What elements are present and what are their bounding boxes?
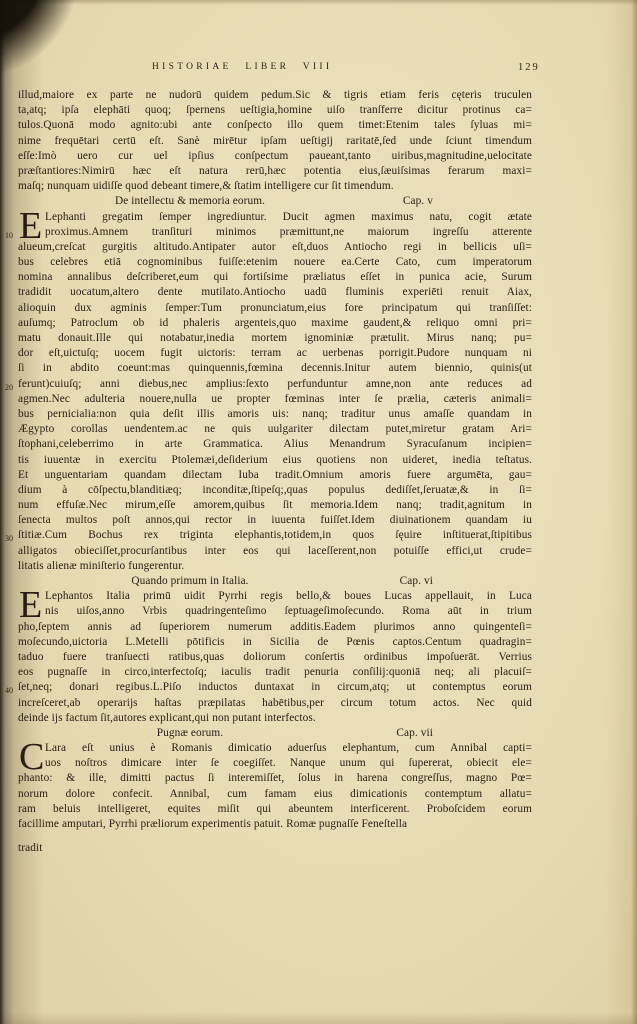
- text-line: CLara eſt unius è Romanis dimicatio adue…: [18, 741, 532, 756]
- line-text: tis iuuentæ in exercitu Ptolemæi,deſider…: [18, 454, 532, 466]
- drop-cap-letter: E: [19, 207, 42, 245]
- line-text: nime frequētari certū eſt. Sanè mirētur …: [18, 135, 532, 147]
- drop-cap-letter: E: [19, 586, 42, 624]
- text-line: bus celebres etiā cognominibus fuiſſe:et…: [18, 255, 532, 270]
- text-line: maſq; nunquam uidiſſe quod debeant timer…: [18, 179, 532, 194]
- text-line: illud,maiore ex parte ne nudorū quidem p…: [18, 88, 532, 103]
- text-line: deinde ijs factum ſit,autores explicant,…: [18, 711, 532, 726]
- line-text: Et unguentariam quandam dilectam Iuba tr…: [18, 469, 532, 481]
- chapter-number: Cap. vi: [400, 574, 433, 589]
- text-line: litatis alienæ miniſterio fungerentur.: [18, 559, 532, 574]
- text-line: phanto: & ille, dimitti pactus ſi intere…: [18, 771, 532, 786]
- line-text: uos noſtros dimicare inter ſe coegiſſet.…: [45, 757, 532, 769]
- text-line: alligatos obieciſſet,procurſantibus inte…: [18, 544, 532, 559]
- running-head: HISTORIAE LIBER VIII 129: [0, 62, 637, 78]
- line-text: tradidit uocatum,altero dente mutilato.A…: [18, 286, 532, 298]
- line-text: moſecundo,uictoria L.Metelli pōtificis i…: [18, 636, 532, 648]
- text-line: nomina annalibus deſcriberet,eum qui for…: [18, 270, 532, 285]
- chapter-heading-text: De intellectu & memoria eorum.: [18, 194, 532, 209]
- chapter-number: Cap. v: [403, 194, 433, 209]
- line-text: Ægypto corollas uendentem.ac ne quis uul…: [18, 423, 532, 435]
- text-line: tradidit uocatum,altero dente mutilato.A…: [18, 285, 532, 300]
- line-text: ſtitiæ.Cum Bochus rex triginta elephanti…: [18, 529, 532, 541]
- text-line: nis uiſos,anno Vrbis quadringenteſimo ſe…: [18, 604, 532, 619]
- margin-line-number: 10: [5, 228, 13, 243]
- text-line: eos pugnaſſe in circo,interfectoſq; iacu…: [18, 665, 532, 680]
- text-line: Et unguentariam quandam dilectam Iuba tr…: [18, 468, 532, 483]
- line-text: increſceret,ab operarijs haſtas præpilat…: [18, 697, 532, 709]
- chapter-heading-text: Quando primum in Italia.: [18, 574, 532, 589]
- text-line: dium à cōſpectu,blanditiæq; inconditæ,ſt…: [18, 483, 532, 498]
- drop-cap-letter: C: [19, 738, 44, 776]
- line-text: ſenecta multos poſt annos,qui rector in …: [18, 514, 532, 526]
- line-text: maſq; nunquam uidiſſe quod debeant timer…: [18, 180, 394, 192]
- line-text: norum dolore confecit. Annibal, cum fama…: [18, 788, 532, 800]
- text-line: eſſe:Imò uero cur uel ipſius conſpectum …: [18, 149, 532, 164]
- text-line: ELephanti gregatim ſemper ingrediuntur. …: [18, 210, 532, 225]
- text-line: ſenecta multos poſt annos,qui rector in …: [18, 513, 532, 528]
- text-line: ta,atq; ipſa elephāti quoq; ſpernens ueſ…: [18, 103, 532, 118]
- line-text: pho,ſeptem annis ad ſuperiorem numerum a…: [18, 621, 532, 633]
- text-line: dor eſt,uictuſq; uocem fugit uictoris: t…: [18, 346, 532, 361]
- text-line: increſceret,ab operarijs haſtas præpilat…: [18, 696, 532, 711]
- line-text: bus pernicialia:non quia deſit illis amo…: [18, 408, 532, 420]
- line-text: alioquin dux agminis ſemper:Tum pronunci…: [18, 302, 532, 314]
- text-line: auſumq; Patroclum ob id phaleris argente…: [18, 316, 532, 331]
- line-text: bus celebres etiā cognominibus fuiſſe:et…: [18, 256, 532, 268]
- chapter-heading: De intellectu & memoria eorum.Cap. v: [18, 194, 532, 209]
- line-text: Lephanti gregatim ſemper ingrediuntur. D…: [45, 211, 532, 223]
- text-line: tulos.Quonā modo agnito:ubi ante conſpec…: [18, 118, 532, 133]
- book-photo: { "colors": { "paper": "#e9ddb7", "ink":…: [0, 0, 637, 1024]
- page-number: 129: [518, 62, 540, 73]
- text-line: Ægypto corollas uendentem.ac ne quis uul…: [18, 422, 532, 437]
- line-text: dium à cōſpectu,blanditiæq; inconditæ,ſt…: [18, 484, 532, 496]
- margin-line-number: 30: [5, 531, 13, 546]
- line-text: proximus.Amnem tranſituri minimos præmit…: [45, 226, 532, 238]
- line-text: illud,maiore ex parte ne nudorū quidem p…: [18, 89, 532, 101]
- running-title: HISTORIAE LIBER VIII: [152, 62, 332, 72]
- text-line: moſecundo,uictoria L.Metelli pōtificis i…: [18, 635, 532, 650]
- chapter-heading: Quando primum in Italia.Cap. vi: [18, 574, 532, 589]
- book-page: HISTORIAE LIBER VIII 129 illud,maiore ex…: [0, 0, 637, 1024]
- line-text: deinde ijs factum ſit,autores explicant,…: [18, 712, 316, 724]
- text-line: 40ſet,neq; donari regibus.L.Piſo inducto…: [18, 680, 532, 695]
- catchword: tradit: [18, 841, 532, 856]
- margin-line-number: 40: [5, 683, 13, 698]
- text-line: ram beluis intelligeret, equites miſit q…: [18, 802, 532, 817]
- line-text: matu donauit.Ille qui notabatur,inedia m…: [18, 332, 532, 344]
- margin-line-number: 20: [5, 380, 13, 395]
- text-line: tis iuuentæ in exercitu Ptolemæi,deſider…: [18, 453, 532, 468]
- line-text: taduo fuere tranſuecti ratibus,quas doli…: [18, 651, 532, 663]
- line-text: alligatos obieciſſet,procurſantibus inte…: [18, 545, 532, 557]
- line-text: Lara eſt unius è Romanis dimicatio aduer…: [45, 742, 532, 754]
- text-line: 10proximus.Amnem tranſituri minimos præm…: [18, 225, 532, 240]
- text-line: ELephantos Italia primū uidit Pyrrhi reg…: [18, 589, 532, 604]
- text-line: bus pernicialia:non quia deſit illis amo…: [18, 407, 532, 422]
- text-block: illud,maiore ex parte ne nudorū quidem p…: [18, 88, 532, 856]
- line-text: litatis alienæ miniſterio fungerentur.: [18, 560, 184, 572]
- text-line: 20ferunt)cuiuſq; anni diebus,nec amplius…: [18, 377, 532, 392]
- text-line: alioquin dux agminis ſemper:Tum pronunci…: [18, 301, 532, 316]
- line-text: Lephantos Italia primū uidit Pyrrhi regi…: [45, 590, 532, 602]
- line-text: eos pugnaſſe in circo,interfectoſq; iacu…: [18, 666, 532, 678]
- line-text: num effuſæ.Nec mirum,eſſe amorem,quibus …: [18, 499, 532, 511]
- line-text: nis uiſos,anno Vrbis quadringenteſimo ſe…: [45, 605, 532, 617]
- text-line: nime frequētari certū eſt. Sanè mirētur …: [18, 134, 532, 149]
- line-text: eſſe:Imò uero cur uel ipſius conſpectum …: [18, 150, 532, 162]
- line-text: facillime amputari, Pyrrhi præliorum exp…: [18, 818, 407, 830]
- text-line: matu donauit.Ille qui notabatur,inedia m…: [18, 331, 532, 346]
- line-text: ta,atq; ipſa elephāti quoq; ſpernens ueſ…: [18, 104, 532, 116]
- text-line: 30ſtitiæ.Cum Bochus rex triginta elephan…: [18, 528, 532, 543]
- line-text: nomina annalibus deſcriberet,eum qui for…: [18, 271, 532, 283]
- line-text: phanto: & ille, dimitti pactus ſi intere…: [18, 772, 532, 784]
- line-text: ſi in abdito coeunt:mas quinquennis,fœmi…: [18, 362, 532, 374]
- text-line: ſtophani,celeberrimo in arte Grammatica.…: [18, 437, 532, 452]
- text-line: facillime amputari, Pyrrhi præliorum exp…: [18, 817, 532, 832]
- text-line: norum dolore confecit. Annibal, cum fama…: [18, 787, 532, 802]
- line-text: tulos.Quonā modo agnito:ubi ante conſpec…: [18, 119, 532, 131]
- text-line: ſi in abdito coeunt:mas quinquennis,fœmi…: [18, 361, 532, 376]
- line-text: ſet,neq; donari regibus.L.Piſo inductos …: [18, 681, 532, 693]
- line-text: dor eſt,uictuſq; uocem fugit uictoris: t…: [18, 347, 532, 359]
- line-text: ferunt)cuiuſq; anni diebus,nec amplius:ſ…: [18, 378, 532, 390]
- text-line: alueum,creſcat gurgitis altitudo.Antipat…: [18, 240, 532, 255]
- chapter-heading-text: Pugnæ eorum.: [18, 726, 532, 741]
- line-text: ram beluis intelligeret, equites miſit q…: [18, 803, 532, 815]
- text-line: pho,ſeptem annis ad ſuperiorem numerum a…: [18, 620, 532, 635]
- text-line: præſtantiores:Nimirū hæc eſt natura rerū…: [18, 164, 532, 179]
- text-line: num effuſæ.Nec mirum,eſſe amorem,quibus …: [18, 498, 532, 513]
- line-text: auſumq; Patroclum ob id phaleris argente…: [18, 317, 532, 329]
- line-text: agmen.Nec adulteria nouere,nulla ue prop…: [18, 393, 532, 405]
- text-line: uos noſtros dimicare inter ſe coegiſſet.…: [18, 756, 532, 771]
- chapter-number: Cap. vii: [396, 726, 433, 741]
- text-line: taduo fuere tranſuecti ratibus,quas doli…: [18, 650, 532, 665]
- line-text: alueum,creſcat gurgitis altitudo.Antipat…: [18, 241, 532, 253]
- chapter-heading: Pugnæ eorum.Cap. vii: [18, 726, 532, 741]
- text-line: agmen.Nec adulteria nouere,nulla ue prop…: [18, 392, 532, 407]
- line-text: ſtophani,celeberrimo in arte Grammatica.…: [18, 438, 532, 450]
- line-text: præſtantiores:Nimirū hæc eſt natura rerū…: [18, 165, 532, 177]
